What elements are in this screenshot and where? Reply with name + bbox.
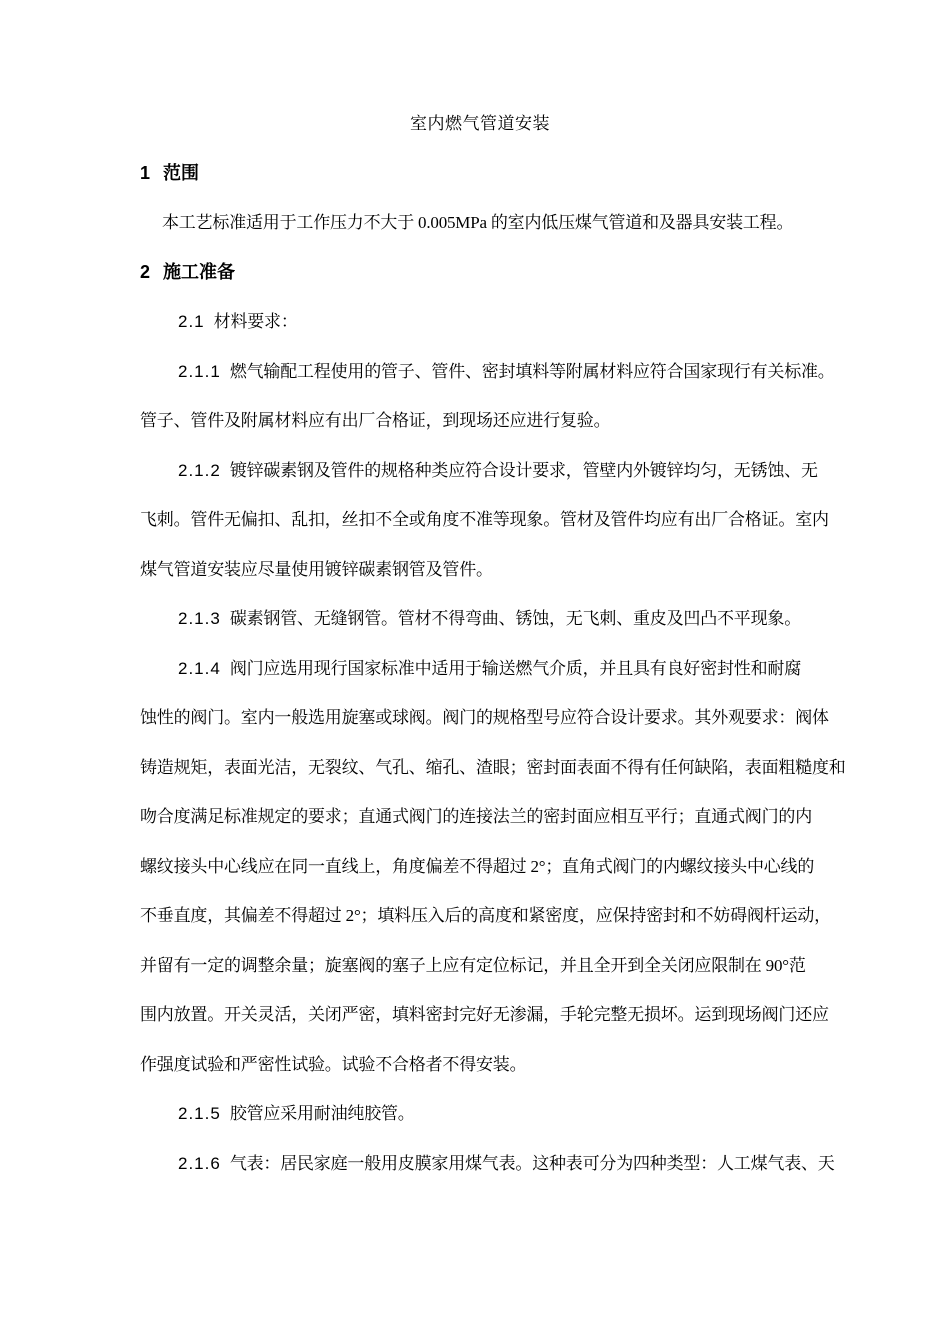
section-number: 1 (140, 163, 150, 183)
clause-2-1-5: 2.1.5胶管应采用耐油纯胶管。 (140, 1089, 820, 1139)
clause-2-1-2: 2.1.2镀锌碳素钢及管件的规格种类应符合设计要求，管壁内外镀锌均匀，无锈蚀、无 (140, 446, 820, 496)
clause-text: 镀锌碳素钢及管件的规格种类应符合设计要求，管壁内外镀锌均匀，无锈蚀、无 (230, 461, 818, 480)
clause-text: 碳素钢管、无缝钢管。管材不得弯曲、锈蚀，无飞刺、重皮及凹凸不平现象。 (230, 609, 801, 628)
clause-number: 2.1 (178, 312, 205, 331)
clause-2-1-4: 2.1.4阀门应选用现行国家标准中适用于输送燃气介质，并且具有良好密封性和耐腐 (140, 644, 820, 694)
paragraph-line: 不垂直度，其偏差不得超过 2°；填料压入后的高度和紧密度，应保持密封和不妨碍阀杆… (140, 891, 820, 941)
clause-text: 胶管应采用耐油纯胶管。 (230, 1104, 415, 1123)
paragraph-line: 并留有一定的调整余量；旋塞阀的塞子上应有定位标记，并且全开到全关闭应限制在 90… (140, 941, 820, 991)
section-heading-text: 范围 (163, 163, 199, 183)
clause-text: 气表：居民家庭一般用皮膜家用煤气表。这种表可分为四种类型：人工煤气表、天 (230, 1154, 835, 1173)
document-title: 室内燃气管道安装 (140, 99, 820, 149)
paragraph-line: 飞刺。管件无偏扣、乱扣，丝扣不全或角度不准等现象。管材及管件均应有出厂合格证。室… (140, 495, 820, 545)
clause-number: 2.1.6 (178, 1154, 221, 1173)
paragraph-line: 螺纹接头中心线应在同一直线上，角度偏差不得超过 2°；直角式阀门的内螺纹接头中心… (140, 842, 820, 892)
clause-number: 2.1.3 (178, 609, 221, 628)
clause-2-1: 2.1材料要求： (140, 297, 820, 347)
section-heading-text: 施工准备 (163, 262, 235, 282)
clause-number: 2.1.2 (178, 461, 221, 480)
section-1-heading: 1范围 (140, 149, 820, 199)
paragraph-line: 管子、管件及附属材料应有出厂合格证，到现场还应进行复验。 (140, 396, 820, 446)
scope-paragraph: 本工艺标准适用于工作压力不大于 0.005MPa 的室内低压煤气管道和及器具安装… (140, 198, 820, 248)
clause-number: 2.1.4 (178, 659, 221, 678)
paragraph-line: 蚀性的阀门。室内一般选用旋塞或球阀。阀门的规格型号应符合设计要求。其外观要求：阀… (140, 693, 820, 743)
clause-number: 2.1.1 (178, 362, 221, 381)
clause-text: 燃气输配工程使用的管子、管件、密封填料等附属材料应符合国家现行有关标准。 (230, 362, 835, 381)
clause-number: 2.1.5 (178, 1104, 221, 1123)
paragraph-line: 作强度试验和严密性试验。试验不合格者不得安装。 (140, 1040, 820, 1090)
section-number: 2 (140, 262, 150, 282)
paragraph-line: 围内放置。开关灵活，关闭严密，填料密封完好无渗漏，手轮完整无损坏。运到现场阀门还… (140, 990, 820, 1040)
clause-text: 阀门应选用现行国家标准中适用于输送燃气介质，并且具有良好密封性和耐腐 (230, 659, 801, 678)
paragraph-line: 铸造规矩，表面光洁，无裂纹、气孔、缩孔、渣眼；密封面表面不得有任何缺陷，表面粗糙… (140, 743, 820, 793)
document-page: 室内燃气管道安装 1范围 本工艺标准适用于工作压力不大于 0.005MPa 的室… (0, 0, 950, 1344)
clause-text: 材料要求： (214, 312, 298, 331)
section-2-heading: 2施工准备 (140, 248, 820, 298)
paragraph-line: 煤气管道安装应尽量使用镀锌碳素钢管及管件。 (140, 545, 820, 595)
clause-2-1-6: 2.1.6气表：居民家庭一般用皮膜家用煤气表。这种表可分为四种类型：人工煤气表、… (140, 1139, 820, 1189)
paragraph-line: 吻合度满足标准规定的要求；直通式阀门的连接法兰的密封面应相互平行；直通式阀门的内 (140, 792, 820, 842)
clause-2-1-3: 2.1.3碳素钢管、无缝钢管。管材不得弯曲、锈蚀，无飞刺、重皮及凹凸不平现象。 (140, 594, 820, 644)
clause-2-1-1: 2.1.1燃气输配工程使用的管子、管件、密封填料等附属材料应符合国家现行有关标准… (140, 347, 820, 397)
